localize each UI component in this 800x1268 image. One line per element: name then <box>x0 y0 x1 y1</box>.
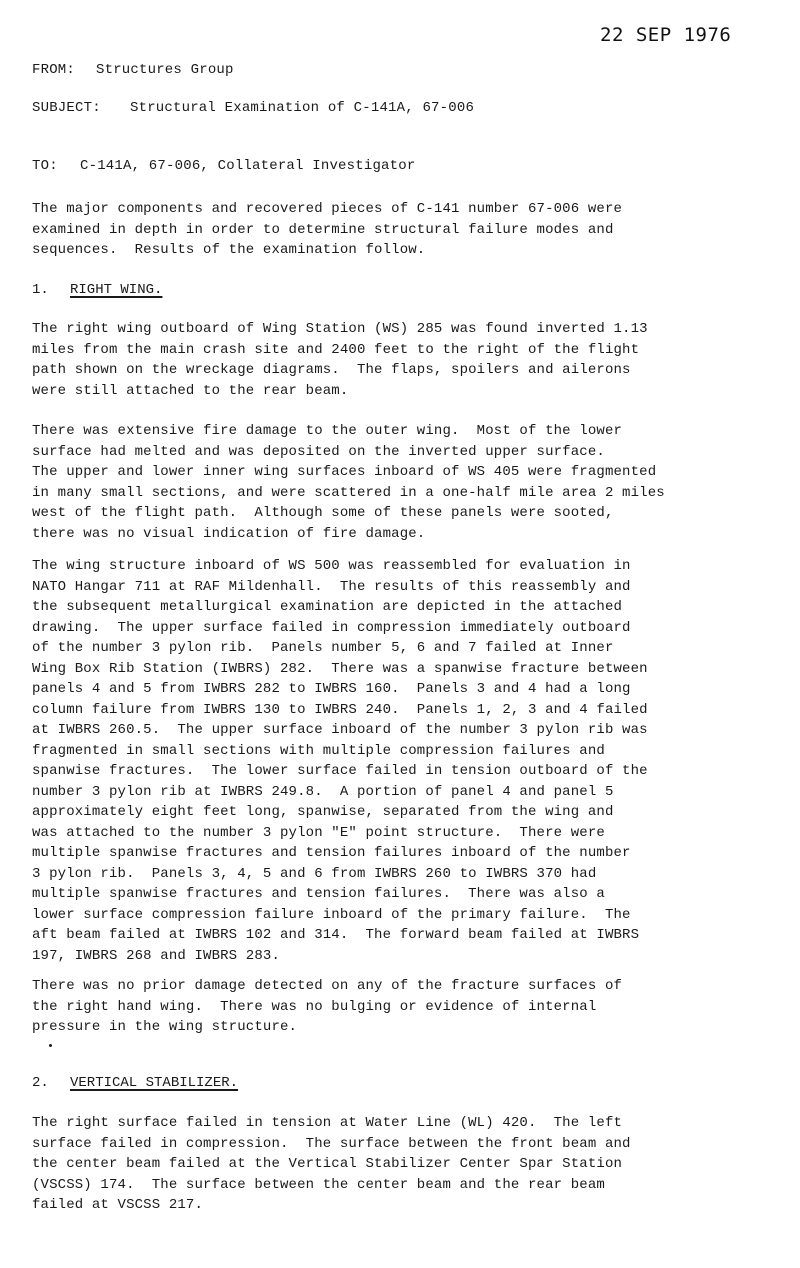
text-line: lower surface compression failure inboar… <box>32 905 772 926</box>
text-line: failed at VSCSS 217. <box>32 1195 772 1216</box>
text-line: in many small sections, and were scatter… <box>32 483 772 504</box>
to-value: C-141A, 67-006, Collateral Investigator <box>80 158 415 174</box>
memo-date: 22 SEP 1976 <box>600 24 731 46</box>
text-line: 197, IWBRS 268 and IWBRS 283. <box>32 946 772 967</box>
text-line: The upper and lower inner wing surfaces … <box>32 462 772 483</box>
section-title: RIGHT WING. <box>70 282 162 298</box>
text-line: the subsequent metallurgical examination… <box>32 597 772 618</box>
text-line: the right hand wing. There was no bulgin… <box>32 997 772 1018</box>
subject-value: Structural Examination of C-141A, 67-006 <box>130 100 474 116</box>
text-line: NATO Hangar 711 at RAF Mildenhall. The r… <box>32 577 772 598</box>
text-line: multiple spanwise fractures and tension … <box>32 884 772 905</box>
text-line: The right wing outboard of Wing Station … <box>32 319 772 340</box>
text-line: of the number 3 pylon rib. Panels number… <box>32 638 772 659</box>
text-line: surface failed in compression. The surfa… <box>32 1134 772 1155</box>
text-line: were still attached to the rear beam. <box>32 381 772 402</box>
text-line: The right surface failed in tension at W… <box>32 1113 772 1134</box>
section-number: 1. <box>32 282 70 298</box>
to-line: TO:C-141A, 67-006, Collateral Investigat… <box>32 158 415 174</box>
right-wing-paragraph-2: There was extensive fire damage to the o… <box>32 421 772 544</box>
vertical-stabilizer-paragraph: The right surface failed in tension at W… <box>32 1113 772 1216</box>
text-line: multiple spanwise fractures and tension … <box>32 843 772 864</box>
text-line: west of the flight path. Although some o… <box>32 503 772 524</box>
text-line: surface had melted and was deposited on … <box>32 442 772 463</box>
ink-speck <box>49 1044 52 1047</box>
section-number: 2. <box>32 1075 70 1091</box>
text-line: (VSCSS) 174. The surface between the cen… <box>32 1175 772 1196</box>
from-line: FROM:Structures Group <box>32 62 234 78</box>
intro-paragraph: The major components and recovered piece… <box>32 199 772 261</box>
text-line: there was no visual indication of fire d… <box>32 524 772 545</box>
text-line: the center beam failed at the Vertical S… <box>32 1154 772 1175</box>
text-line: number 3 pylon rib at IWBRS 249.8. A por… <box>32 782 772 803</box>
text-line: drawing. The upper surface failed in com… <box>32 618 772 639</box>
from-label: FROM: <box>32 62 96 78</box>
text-line: The major components and recovered piece… <box>32 199 772 220</box>
text-line: aft beam failed at IWBRS 102 and 314. Th… <box>32 925 772 946</box>
text-line: 3 pylon rib. Panels 3, 4, 5 and 6 from I… <box>32 864 772 885</box>
text-line: miles from the main crash site and 2400 … <box>32 340 772 361</box>
section-heading-vertical-stabilizer: 2.VERTICAL STABILIZER. <box>32 1075 238 1091</box>
right-wing-paragraph-4: There was no prior damage detected on an… <box>32 976 772 1038</box>
from-value: Structures Group <box>96 62 234 78</box>
text-line: There was extensive fire damage to the o… <box>32 421 772 442</box>
text-line: was attached to the number 3 pylon "E" p… <box>32 823 772 844</box>
to-label: TO: <box>32 158 80 174</box>
text-line: path shown on the wreckage diagrams. The… <box>32 360 772 381</box>
subject-line: SUBJECT:Structural Examination of C-141A… <box>32 100 474 116</box>
text-line: sequences. Results of the examination fo… <box>32 240 772 261</box>
section-heading-right-wing: 1.RIGHT WING. <box>32 282 162 298</box>
subject-label: SUBJECT: <box>32 100 130 116</box>
text-line: column failure from IWBRS 130 to IWBRS 2… <box>32 700 772 721</box>
text-line: at IWBRS 260.5. The upper surface inboar… <box>32 720 772 741</box>
text-line: approximately eight feet long, spanwise,… <box>32 802 772 823</box>
text-line: Wing Box Rib Station (IWBRS) 282. There … <box>32 659 772 680</box>
right-wing-paragraph-3: The wing structure inboard of WS 500 was… <box>32 556 772 966</box>
text-line: There was no prior damage detected on an… <box>32 976 772 997</box>
text-line: pressure in the wing structure. <box>32 1017 772 1038</box>
text-line: The wing structure inboard of WS 500 was… <box>32 556 772 577</box>
text-line: panels 4 and 5 from IWBRS 282 to IWBRS 1… <box>32 679 772 700</box>
memo-page: 22 SEP 1976 FROM:Structures Group SUBJEC… <box>0 0 800 1268</box>
right-wing-paragraph-1: The right wing outboard of Wing Station … <box>32 319 772 401</box>
text-line: spanwise fractures. The lower surface fa… <box>32 761 772 782</box>
section-title: VERTICAL STABILIZER. <box>70 1075 238 1091</box>
text-line: examined in depth in order to determine … <box>32 220 772 241</box>
text-line: fragmented in small sections with multip… <box>32 741 772 762</box>
